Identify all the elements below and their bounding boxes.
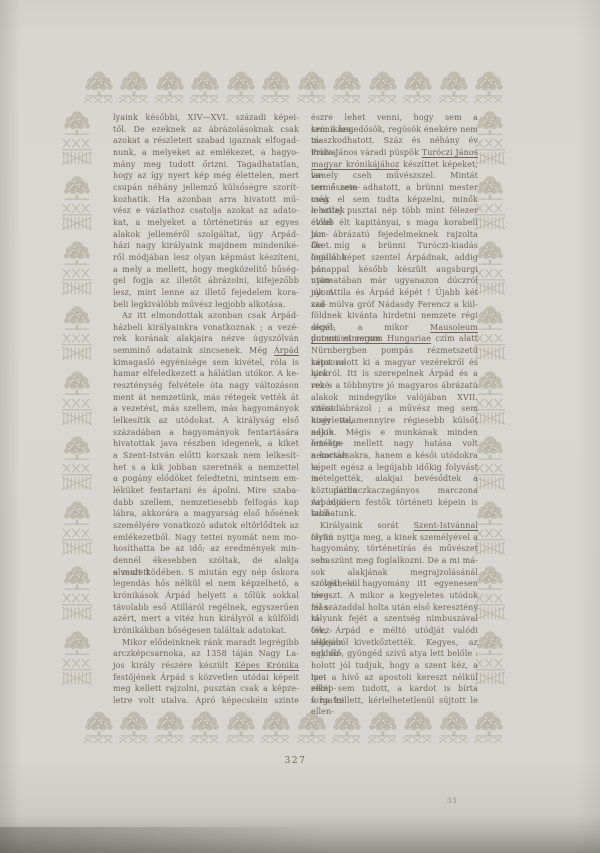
book-page: lyaink későbbi, XIV—XVI. századi képei-t…	[0, 0, 600, 853]
text-line: kozhatik. Ha azonban arra hivatott mű-	[113, 194, 299, 206]
tree-ornament-icon	[188, 710, 222, 744]
text-column-left: lyaink későbbi, XIV—XVI. századi képei-t…	[113, 112, 299, 706]
text-line: Az itt elmondottak azonban csak Árpád-	[113, 310, 299, 322]
text-line: mány meg tudott őrizni. Tagadhatatlan,	[113, 159, 299, 171]
text-line: személyére vonatkozó adatok eltörlődtek …	[113, 520, 299, 532]
tree-ornament-icon	[437, 710, 471, 744]
text-line: azért, mert a vitéz hun királyról a külf…	[113, 613, 299, 625]
ornament-border-top	[82, 70, 506, 104]
text-line: teljesen kivetkőztették. Kegyes, az egyh…	[311, 637, 478, 649]
text-line: het s a kik jobban szeretnék a nemzettel	[113, 462, 299, 474]
text-line: krónikások Árpád helyett a tőlük sokkal	[113, 590, 299, 602]
text-line: téveszt. A mikor a kegyeletes utódok más…	[311, 590, 478, 602]
ornament-border-left	[61, 108, 95, 690]
text-line: maszkodhatott. Száz és néhány év múlva	[311, 135, 478, 147]
tree-ornament-icon	[366, 710, 400, 744]
text-line: letre volt utalva. Apró képecskéin szint…	[113, 695, 299, 707]
tree-ornament-icon	[224, 710, 258, 744]
tree-ornament-icon	[259, 710, 293, 744]
text-line: val modern festők történeti képein is ta…	[311, 497, 478, 509]
tree-ornament-icon	[437, 70, 471, 104]
tree-ornament-icon	[330, 70, 364, 104]
text-column-right: észre lehet venni, hogy sem a krónikára,…	[311, 112, 478, 706]
signature-mark: 33	[447, 797, 457, 805]
tree-ornament-icon	[295, 70, 329, 104]
tree-ornament-icon	[82, 70, 116, 104]
tree-trellis-ornament-icon	[61, 433, 93, 495]
text-line: lyet a hívő az apostoli kereszt nélkül e…	[311, 672, 478, 684]
text-line: a kortársakra, hanem a késői utódokra is…	[311, 450, 478, 462]
text-line: nak élő, gyöngéd szívű atya lett belőle …	[311, 648, 478, 660]
tree-trellis-ornament-icon	[474, 498, 506, 560]
text-line: hamar elfeledkezett a hálátlan utókor. A…	[113, 368, 299, 380]
text-line: sem a hegedősök, regösök énekére nem tá-	[311, 124, 478, 136]
text-line: rek s a többnyire jó magyaros ábrázatú	[311, 380, 478, 392]
ornament-border-right	[474, 108, 508, 690]
text-line: magyar krónikájához készíttet képeket, v…	[311, 159, 478, 171]
text-line: szolgál, a hagyomány itt egyenesen meg-	[311, 578, 478, 590]
text-line: festőjének Árpád s közvetlen utódai képe…	[113, 672, 299, 684]
tree-trellis-ornament-icon	[474, 173, 506, 235]
tree-trellis-ornament-icon	[474, 238, 506, 300]
underlined-text: Képes Krónika	[235, 661, 299, 670]
tree-ornament-icon	[153, 70, 187, 104]
text-line: reszténység felvétele óta nagy változáso…	[113, 380, 299, 392]
text-block: lyaink későbbi, XIV—XVI. századi képei-t…	[113, 112, 478, 712]
underlined-text: Szent-Istvánnal	[414, 521, 478, 530]
text-line: a pogány elődöket feledtetni, mintsem em…	[113, 473, 299, 485]
text-line: dennél ékesebben szóltak, de alakja elve…	[113, 555, 299, 567]
text-line: kat, a melyeket a történetirás az egyes	[113, 217, 299, 229]
underlined-text: Árpád	[274, 346, 299, 355]
text-line: századában a hagyományok fentartására	[113, 427, 299, 439]
text-line: s párduczkaczagányos marczona Árpádjá-	[311, 485, 478, 497]
tree-trellis-ornament-icon	[61, 563, 93, 625]
text-line: krónikákban bőségesen találtak adatokat.	[113, 625, 299, 637]
tree-ornament-icon	[401, 70, 435, 104]
text-line: gel fogja az illetőt ábrázolni, kifejező…	[113, 275, 299, 287]
text-line: nekik. Mégis e munkának minden értékte-	[311, 427, 478, 439]
text-line: észre lehet venni, hogy sem a krónikára,	[311, 112, 478, 124]
text-line: fél századdal holta után első keresztény…	[311, 602, 478, 614]
text-line: Pruis János váradi püspök Turóczi János	[311, 147, 478, 159]
text-line: De míg a brünni Turóczi-kiadás legalább	[311, 240, 478, 252]
text-line: sok alakjának megrajzolásánál szövétnekü…	[311, 567, 478, 579]
tree-trellis-ornament-icon	[61, 628, 93, 690]
text-line: ték, Árpád e méltó utódját valódi alakjá…	[311, 625, 478, 637]
text-line: hagyomány, történetírás és művészet soha	[311, 543, 478, 555]
tree-ornament-icon	[82, 710, 116, 744]
text-line: önálló képet szentel Árpádnak, addig pár	[311, 252, 478, 264]
text-line: zatot adott ki a magyar vezérekről és ki…	[311, 357, 478, 369]
text-line: zelni sem tudott, a kardot is bírta forg…	[311, 683, 478, 695]
text-line: előbb élt kapitányai, s maga korabeli já…	[311, 217, 478, 229]
text-line: sen ő sem adhatott, a brünni mester még	[311, 182, 478, 194]
tree-trellis-ornament-icon	[474, 563, 506, 625]
tree-trellis-ornament-icon	[61, 173, 93, 235]
text-line: lensége mellett nagy hatása volt nemcsak	[311, 438, 478, 450]
text-line: férfiú nyitja meg, a kinek személyével a	[311, 532, 478, 544]
text-line: kimagasló egyénisége sem kivétel, róla i…	[113, 357, 299, 369]
text-line: alakok mindegyike valójában XVII. század…	[311, 392, 478, 404]
text-line: lelkesítik az utódokat. A királyság első	[113, 415, 299, 427]
text-line: beli legkiválóbb művész legjobb alkotása…	[113, 299, 299, 311]
text-line: nyomatában már ugyanazon dúczról nyom-	[311, 275, 478, 287]
text-line: meg kellett rajzolni, pusztán csak a kép…	[113, 683, 299, 695]
text-line: a szilaj pusztai nép több mint félezer é…	[311, 205, 478, 217]
text-line: legendás hős nélkül el nem képzelhető, a	[113, 578, 299, 590]
text-line: a Szent-István előtti korszak nem lelkes…	[113, 450, 299, 462]
text-line: zad múlva gróf Nádasdy Ferencz a kül-	[311, 299, 478, 311]
underlined-text: Turóczi János	[422, 148, 478, 157]
text-line: azokat a részleteit szabad igaznak elfog…	[113, 135, 299, 147]
text-line: a mult ködében. S miután egy nép őskora	[113, 567, 299, 579]
text-line: csak el sem tudta képzelni, minők lehett…	[311, 194, 478, 206]
underlined-text: ducum et regum Hungariae	[311, 334, 431, 343]
text-line: ducum et regum Hungariae czím alatt	[311, 333, 478, 345]
tree-ornament-icon	[153, 710, 187, 744]
tree-trellis-ornament-icon	[61, 108, 93, 170]
tree-trellis-ornament-icon	[474, 433, 506, 495]
ornament-border-bottom	[82, 710, 506, 744]
text-line: léküket fentartani és ápolni. Mire szaba…	[113, 485, 299, 497]
tree-ornament-icon	[472, 70, 506, 104]
tree-ornament-icon	[224, 70, 258, 104]
tree-trellis-ornament-icon	[61, 303, 93, 365]
text-line: földnek kivánta hirdetni nemzete régi di…	[311, 310, 478, 322]
text-line: Mikor elődeinknek ránk maradt legrégibb	[113, 637, 299, 649]
tree-ornament-icon	[472, 710, 506, 744]
text-line: a mely a mellett, hogy megközelítő hűség…	[113, 264, 299, 276]
text-line: kozhatunk.	[311, 508, 478, 520]
text-line: hosíthatta be az idő; az eredmények min-	[113, 543, 299, 555]
tree-trellis-ornament-icon	[61, 368, 93, 430]
text-line: a vezetést, más szellem, más hagyományok	[113, 403, 299, 415]
page-number: 327	[113, 756, 478, 766]
text-line: ről módjában lesz olyan képmást készíten…	[113, 252, 299, 264]
text-line: Nürnbergben pompás rézmetszetű képsoro-	[311, 345, 478, 357]
text-line: Királyaink sorát Szent-Istvánnal olyan	[311, 520, 478, 532]
text-line: csupán néhány jellemző külsőségre szorít…	[113, 182, 299, 194]
text-line: hogy valamennyire régiesebb külsőt adjon	[311, 415, 478, 427]
tree-ornament-icon	[117, 710, 151, 744]
text-line: ják Attila és Árpád képét ! Újabb két sz…	[311, 287, 478, 299]
text-line: lábra, akkorára a magyarság első hősének	[113, 508, 299, 520]
text-line: ment át nemzetünk, más rétegek vették át	[113, 392, 299, 404]
text-line: s ha kellett, kérlelhetetlenül sújtott l…	[311, 695, 478, 707]
text-line: jos király részére készült Képes Krónika	[113, 660, 299, 672]
text-line: vitézt ábrázol ; a művész meg sem kisérl…	[311, 403, 478, 415]
tree-ornament-icon	[401, 710, 435, 744]
tree-trellis-ornament-icon	[474, 303, 506, 365]
text-line: arczképcsarnoka, az 1358 táján Nagy La-	[113, 648, 299, 660]
text-line: nunk, a melyeket az emlékezet, a hagyo-	[113, 147, 299, 159]
tree-ornament-icon	[188, 70, 222, 104]
text-line: vész e vázlathoz csatolja azokat az adat…	[113, 205, 299, 217]
text-line: dabb szellem, nemzetiesebb felfogás kap	[113, 497, 299, 509]
text-line: távolabb eső Atilláról regélnek, egyszer…	[113, 602, 299, 614]
text-line: lyokról. Itt is szerepelnek Árpád és a v…	[311, 368, 478, 380]
text-line: emlékezetből. Nagy tettei nyomát nem mo-	[113, 532, 299, 544]
underlined-text: magyar krónikájához	[311, 160, 399, 169]
text-line: lesz, mint lenne az illető fejedelem kor…	[113, 287, 299, 299]
text-line: hivatottak java részben idegenek, a kike…	[113, 438, 299, 450]
text-line: rályunk fejét a szentség nimbuszával öve…	[311, 613, 478, 625]
text-line: házi nagy királyaink majdnem mindeniké-	[113, 240, 299, 252]
tree-trellis-ornament-icon	[474, 628, 506, 690]
text-line: lamely cseh művészszel. Mintát természet…	[311, 170, 478, 182]
tree-trellis-ornament-icon	[61, 498, 93, 560]
tree-ornament-icon	[259, 70, 293, 104]
text-line: semminő adataink sincsenek. Még Árpád	[113, 345, 299, 357]
text-line: hónappal később készült augsburgi után-	[311, 264, 478, 276]
text-line: rek korának alakjaira nézve úgyszólván	[113, 333, 299, 345]
text-line: holott jól tudjuk, hogy a szent kéz, a m…	[311, 660, 478, 672]
text-line: ségét, a mikor Mausoleum potentissimorum	[311, 322, 478, 334]
tree-trellis-ornament-icon	[61, 238, 93, 300]
text-line: mételgették, alakjai bevésődtek a köztud…	[311, 473, 478, 485]
tree-trellis-ornament-icon	[474, 108, 506, 170]
text-line: alakok jelleméről szolgáltat, úgy Árpád-	[113, 229, 299, 241]
tree-trellis-ornament-icon	[474, 368, 506, 430]
text-line: képeit egész a legújabb időkig folyvást …	[311, 462, 478, 474]
text-line: sem szünt meg foglalkozni. De a mi má-	[311, 555, 478, 567]
text-line: lyaink későbbi, XIV—XVI. századi képei-	[113, 112, 299, 124]
tree-ornament-icon	[330, 710, 364, 744]
tree-ornament-icon	[366, 70, 400, 104]
text-line: bor ábrázatú fejedelmeknek rajzolta őket…	[311, 229, 478, 241]
text-line: hogy az így nyert kép még élettelen, mer…	[113, 170, 299, 182]
text-line: házbeli királyainkra vonatkoznak ; a vez…	[113, 322, 299, 334]
tree-ornament-icon	[117, 70, 151, 104]
text-line: től. De ezeknek az ábrázolásoknak csak	[113, 124, 299, 136]
